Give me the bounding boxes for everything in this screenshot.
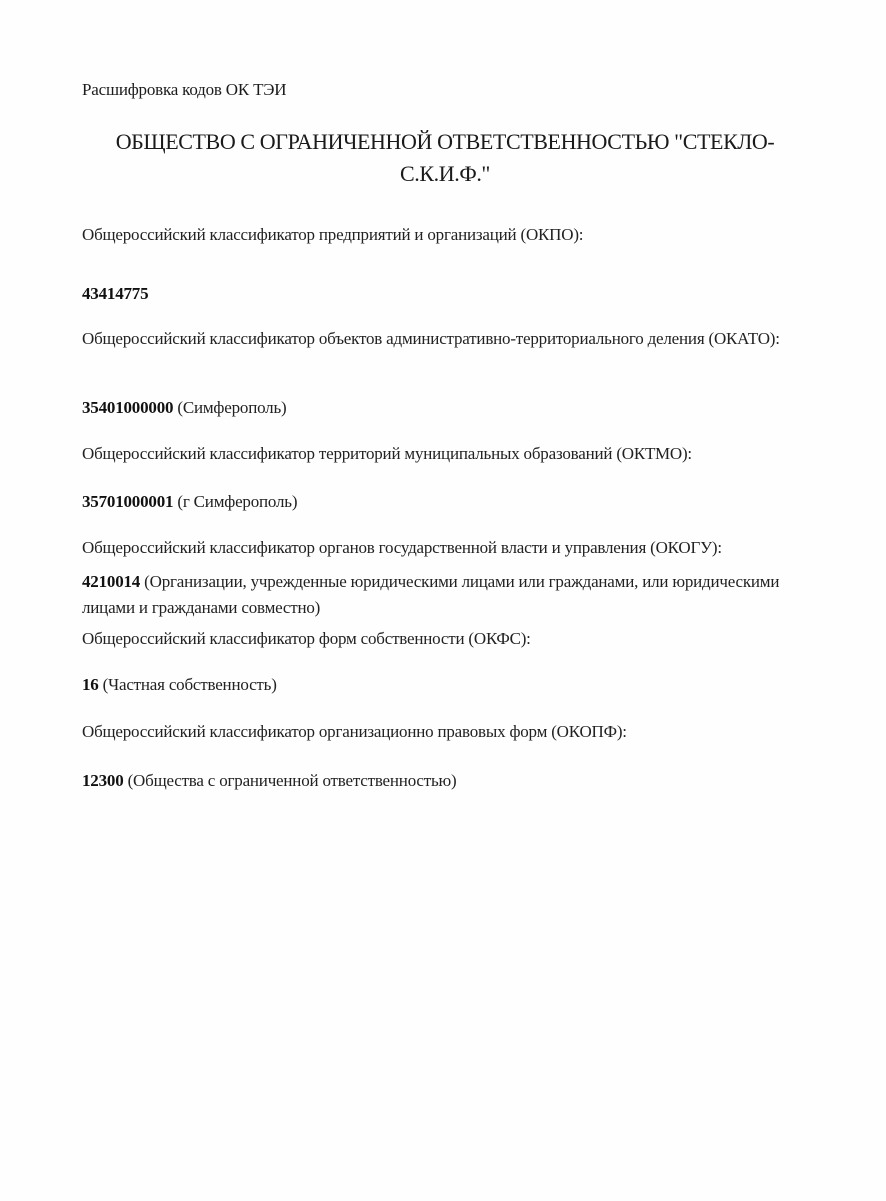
okopf-code: 12300	[82, 771, 124, 790]
okato-description: (Симферополь)	[177, 398, 286, 417]
oktmo-label: Общероссийский классификатор территорий …	[82, 441, 802, 467]
company-title: ОБЩЕСТВО С ОГРАНИЧЕННОЙ ОТВЕТСТВЕННОСТЬЮ…	[90, 126, 800, 190]
company-title-line-1: ОБЩЕСТВО С ОГРАНИЧЕННОЙ ОТВЕТСТВЕННОСТЬЮ…	[90, 126, 800, 158]
okogu-code: 4210014	[82, 572, 140, 591]
okato-label: Общероссийский классификатор объектов ад…	[82, 326, 802, 352]
okfs-code: 16	[82, 675, 99, 694]
okato-code: 35401000000	[82, 398, 173, 417]
oktmo-code: 35701000001	[82, 492, 173, 511]
okopf-description: (Общества с ограниченной ответственность…	[128, 771, 457, 790]
okpo-value: 43414775	[82, 281, 802, 307]
okfs-description: (Частная собственность)	[103, 675, 277, 694]
oktmo-value: 35701000001 (г Симферополь)	[82, 489, 802, 515]
okfs-label: Общероссийский классификатор форм собств…	[82, 626, 802, 652]
document-caption: Расшифровка кодов ОК ТЭИ	[82, 80, 286, 100]
okogu-description: (Организации, учрежденные юридическими л…	[82, 572, 779, 617]
oktmo-description: (г Симферополь)	[177, 492, 297, 511]
okopf-value: 12300 (Общества с ограниченной ответстве…	[82, 768, 802, 794]
okogu-label: Общероссийский классификатор органов гос…	[82, 535, 802, 561]
okopf-label: Общероссийский классификатор организацио…	[82, 719, 802, 745]
document-page: Расшифровка кодов ОК ТЭИ ОБЩЕСТВО С ОГРА…	[0, 0, 886, 1201]
company-title-line-2: С.К.И.Ф."	[90, 158, 800, 190]
okogu-value: 4210014 (Организации, учрежденные юридич…	[82, 569, 802, 621]
okfs-value: 16 (Частная собственность)	[82, 672, 802, 698]
okpo-code: 43414775	[82, 284, 148, 303]
okpo-label: Общероссийский классификатор предприятий…	[82, 222, 802, 248]
okato-value: 35401000000 (Симферополь)	[82, 395, 802, 421]
